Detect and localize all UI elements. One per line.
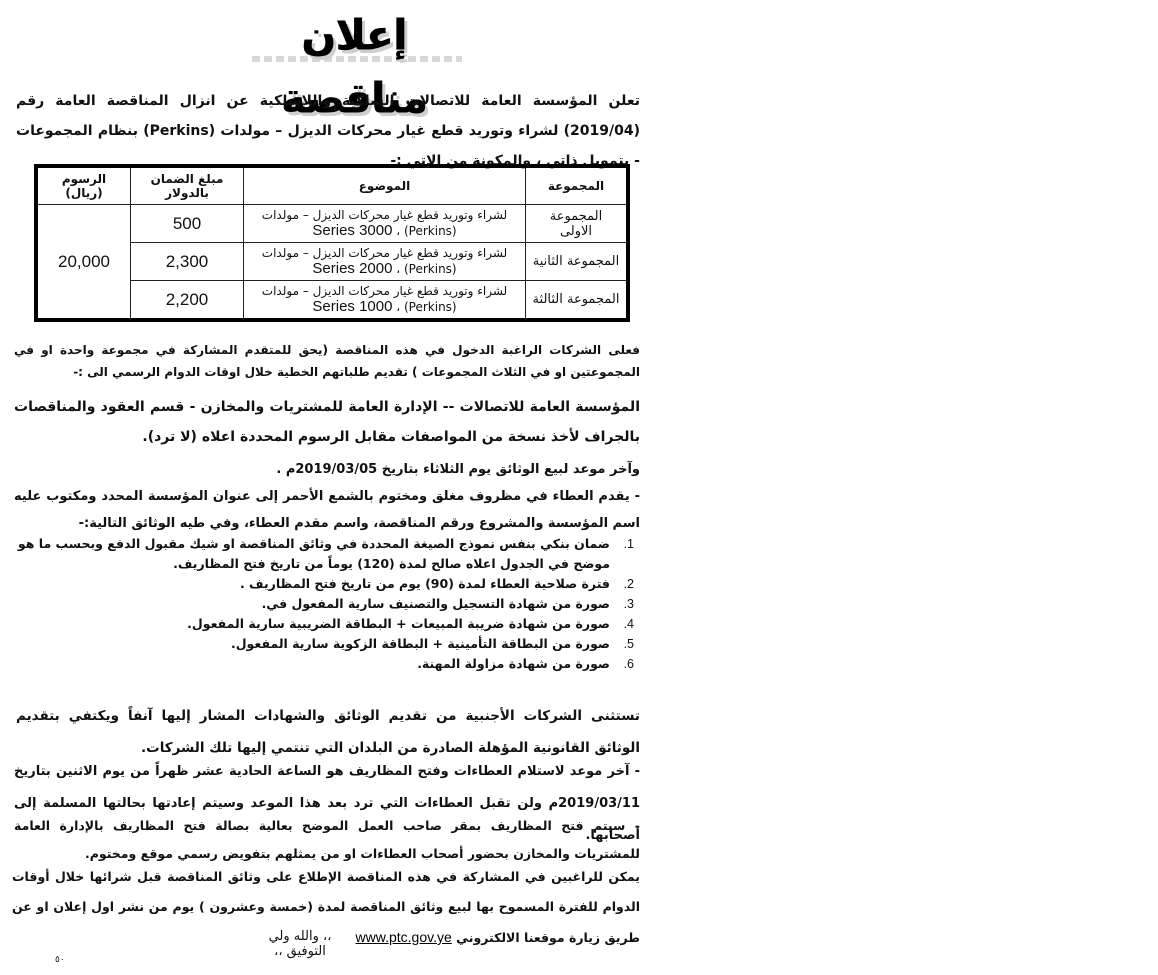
table-header-row: المجموعة الموضوع مبلغ الضمان بالدولار ال… (36, 166, 628, 205)
cell-group: المجموعة الاولى (526, 205, 629, 243)
list-item: 3.صورة من شهادة التسجيل والتصنيف سارية ا… (14, 594, 638, 614)
document-sale-deadline: وآخر موعد لبيع الوثائق يوم الثلاثاء بتار… (14, 456, 640, 483)
cell-group: المجموعة الثانية (526, 243, 629, 281)
series-text: Series 3000 (312, 222, 392, 239)
envelope-instructions: - يقدم العطاء في مظروف مغلق ومختوم بالشم… (14, 483, 640, 537)
bid-opening-paragraph: - سيتم فتح المظاريف بمقر صاحب العمل المو… (14, 812, 640, 868)
list-text: ضمان بنكي بنفس نموذج الصيغة المحددة في و… (18, 536, 610, 571)
page-marker: ٥٠ (55, 955, 65, 965)
cell-fees: 20,000 (36, 205, 131, 321)
list-text: صورة من شهادة ضريبة المبيعات + البطاقة ا… (187, 616, 610, 631)
cell-guarantee: 2,300 (131, 243, 244, 281)
list-text: صورة من شهادة التسجيل والتصنيف سارية الم… (262, 596, 610, 611)
list-item: 2.فترة صلاحية العطاء لمدة (90) يوم من تا… (14, 574, 638, 594)
table-row: المجموعة الاولى لشراء وتوريد قطع غيار مح… (36, 205, 628, 243)
cell-group: المجموعة الثالثة (526, 281, 629, 321)
header-subject: الموضوع (244, 166, 526, 205)
closing-salutation: ،، والله ولي التوفيق ،، (250, 929, 350, 959)
submission-paragraph: وآخر موعد لبيع الوثائق يوم الثلاثاء بتار… (14, 456, 640, 537)
list-number: 6. (624, 654, 634, 674)
required-documents-list: 1.ضمان بنكي بنفس نموذج الصيغة المحددة في… (14, 534, 638, 674)
list-number: 5. (624, 634, 634, 654)
foreign-companies-paragraph: تستثنى الشركات الأجنبية من تقديم الوثائق… (16, 700, 640, 764)
list-text: فترة صلاحية العطاء لمدة (90) يوم من تاري… (240, 576, 610, 591)
cell-subject: لشراء وتوريد قطع غيار محركات الديزل – مو… (244, 281, 526, 321)
list-text: صورة من شهادة مزاولة المهنة. (417, 656, 610, 671)
list-number: 3. (624, 594, 634, 614)
eligibility-paragraph: فعلى الشركات الراغبة الدخول في هذه المنا… (14, 339, 640, 383)
tender-groups-table: المجموعة الموضوع مبلغ الضمان بالدولار ال… (34, 164, 630, 322)
list-item: 1.ضمان بنكي بنفس نموذج الصيغة المحددة في… (14, 534, 638, 574)
list-item: 6.صورة من شهادة مزاولة المهنة. (14, 654, 638, 674)
list-text: صورة من البطاقة التأمينية + البطاقة الزك… (231, 636, 610, 651)
list-item: 5.صورة من البطاقة التأمينية + البطاقة ال… (14, 634, 638, 654)
cell-subject: لشراء وتوريد قطع غيار محركات الديزل – مو… (244, 205, 526, 243)
series-text: Series 1000 (312, 298, 392, 315)
header-group: المجموعة (526, 166, 629, 205)
list-item: 4.صورة من شهادة ضريبة المبيعات + البطاقة… (14, 614, 638, 634)
cell-guarantee: 500 (131, 205, 244, 243)
header-fees: الرسوم (ريال) (36, 166, 131, 205)
cell-guarantee: 2,200 (131, 281, 244, 321)
list-number: 4. (624, 614, 634, 634)
intro-paragraph: تعلن المؤسسة العامة للاتصالات السلكية وا… (16, 86, 640, 176)
cell-subject: لشراء وتوريد قطع غيار محركات الديزل – مو… (244, 243, 526, 281)
list-number: 2. (624, 574, 634, 594)
header-guarantee: مبلغ الضمان بالدولار (131, 166, 244, 205)
list-number: 1. (624, 534, 634, 554)
website-link[interactable]: www.ptc.gov.ye (356, 929, 452, 945)
office-address-paragraph: المؤسسة العامة للاتصالات -- الإدارة العا… (14, 392, 640, 452)
tender-announcement-page: إعلان مناقصة تعلن المؤسسة العامة للاتصال… (0, 0, 650, 975)
series-text: Series 2000 (312, 260, 392, 277)
page-title: إعلان مناقصة (240, 5, 470, 68)
